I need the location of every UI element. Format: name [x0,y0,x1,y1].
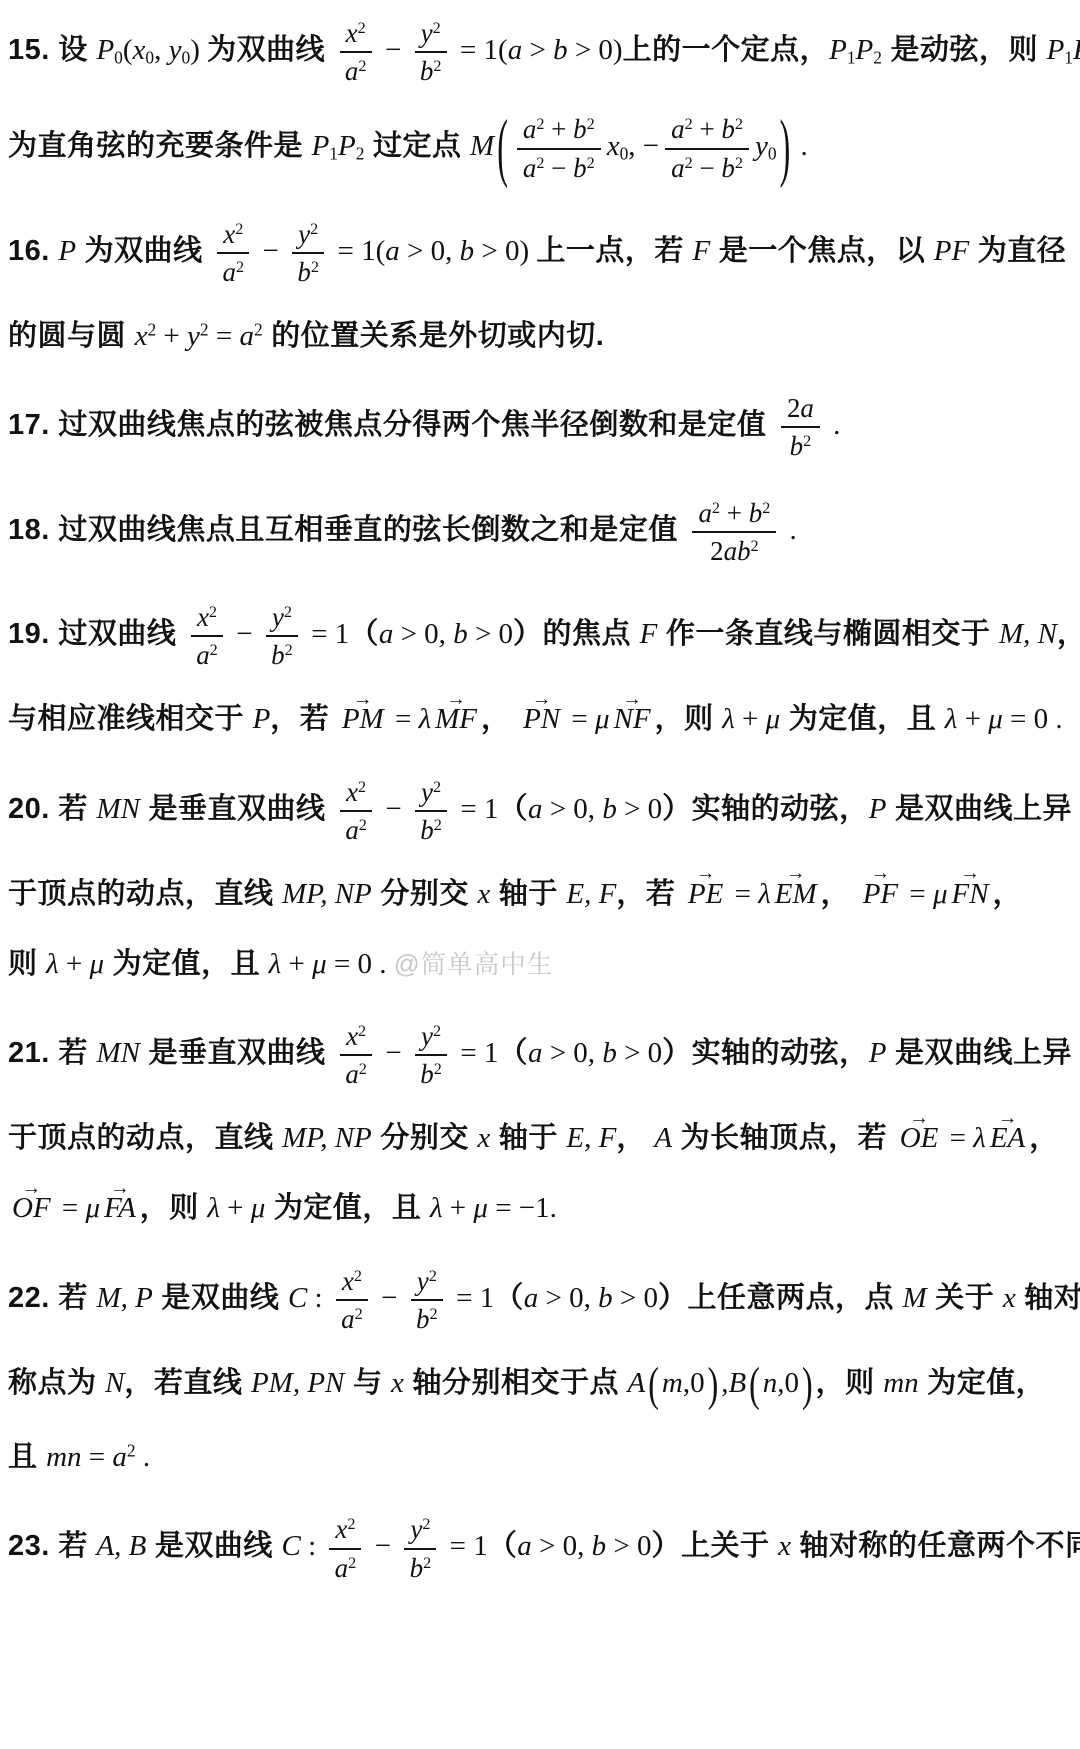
text-run: 是双曲线 [153,1281,288,1313]
math-fraction: x2a2 [340,18,372,86]
math-operator: + [693,114,722,144]
text-line: 18. 过双曲线焦点且互相垂直的弦长倒数之和是定值 a2 + b22ab2 . [8,486,1076,566]
math-variable: mn [883,1367,918,1399]
math-variable: b [598,1281,613,1313]
fraction-numerator: y2 [404,1514,436,1549]
text-run: 于顶点的动点，直线 [8,878,282,910]
math-variable: b [420,1059,433,1089]
text-run: 23. 若 [8,1530,96,1562]
vector-with-arrow: PF [863,873,898,915]
text-line: 23. 若 A, B 是双曲线 C : x2a2 − y2b2 = 1（a > … [8,1502,1076,1582]
fraction-denominator: b2 [420,53,442,86]
superscript: 2 [735,155,743,172]
text-run: 18. 过双曲线焦点且互相垂直的弦长倒数之和是定值 [8,514,686,546]
math-variable: N [105,1367,124,1399]
fraction-numerator: x2 [217,219,249,254]
math-operator: + [957,703,988,735]
math-operator: − [374,1281,405,1313]
math-variable: b [460,235,475,267]
fraction-denominator: a2 [196,637,218,670]
math-operator: > 0 [613,1281,658,1313]
math-operator: − [693,153,722,183]
math-operator: = 0 . [327,948,394,980]
math-variable: b [721,153,734,183]
math-operator: = 1 [449,1281,494,1313]
text-run: ，则 [816,1367,884,1399]
math-variable: μ [86,1192,101,1224]
math-variable: M [470,130,494,162]
vector-with-arrow: NF [614,698,651,740]
superscript: 2 [712,500,720,517]
math-variable: a [671,153,684,183]
fraction-denominator: b2 [297,254,319,287]
fraction-denominator: a2 [345,1056,367,1089]
text-run: 轴对 [1016,1281,1080,1313]
fraction-denominator: a2 [345,53,367,86]
math-variable: a [239,320,254,352]
text-run: 为长轴顶点，若 [672,1122,896,1154]
superscript: 2 [803,434,811,451]
problem-list: 15. 设 P0(x0, y0) 为双曲线 x2a2 − y2b2 = 1(a … [8,6,1076,1583]
superscript: 2 [434,1061,442,1078]
math-variable: x [135,320,148,352]
math-variable: b [790,431,803,461]
math-variable: MN [96,792,140,824]
math-operator: ( [123,34,133,66]
text-run: 上一点，若 [536,235,692,267]
math-variable: a [523,114,536,144]
superscript: 2 [348,1555,356,1572]
vector-with-arrow: EM [775,873,817,915]
fraction-numerator: y2 [292,219,324,254]
math-operator: 2 [710,536,723,566]
fraction-denominator: a2 − b2 [671,150,743,183]
math-operator: , − [628,130,659,162]
subscript: 1 [847,48,856,68]
math-variable: ab [724,536,751,566]
vector-with-arrow: OF [12,1187,51,1229]
math-variable: b [602,1037,617,1069]
math-operator: = 1 [453,792,498,824]
math-operator: > 0, [400,235,460,267]
math-operator: = [209,320,240,352]
math-variable: a [341,1304,354,1334]
math-fraction: x2a2 [329,1514,361,1582]
text-line: 称点为 N，若直线 PM, PN 与 x 轴分别相交于点 A(m,0),B(n,… [8,1350,1076,1408]
problem-item-17: 17. 过双曲线焦点的弦被焦点分得两个焦半径倒数和是定值 2ab2 . [8,381,1076,461]
text-line: 19. 过双曲线 x2a2 − y2b2 = 1（a > 0, b > 0）的焦… [8,590,1076,670]
math-variable: b [553,34,568,66]
superscript: 2 [147,320,156,340]
vector-with-arrow: FA [104,1187,136,1229]
math-variable: x [1003,1281,1016,1313]
text-run: 轴于 [490,878,566,910]
math-variable: P [253,703,271,735]
math-operator: : [301,1530,324,1562]
text-run: 作一条直线与椭圆相交于 [657,618,999,650]
subscript: 0 [145,48,154,68]
text-run: （ [498,1037,528,1069]
math-variable: μ [766,703,781,735]
math-variable: M, P [96,1281,152,1313]
math-variable: n [763,1367,778,1399]
math-variable: μ [251,1192,266,1224]
math-variable: x [223,219,235,249]
fraction-denominator: a2 − b2 [523,150,595,183]
math-variable: λ [430,1192,443,1224]
text-run: ，若 [270,703,338,735]
text-run: 轴于 [490,1122,566,1154]
math-operator: = [82,1441,113,1473]
document-page: 15. 设 P0(x0, y0) 为双曲线 x2a2 − y2b2 = 1(a … [0,0,1080,1583]
fraction-numerator: y2 [415,18,447,53]
math-variable: b [420,56,433,86]
text-run: 的位置关系是外切或内切. [263,320,605,352]
superscript: 2 [433,779,441,796]
math-variable: E, F [566,1122,616,1154]
math-operator: + [281,948,312,980]
math-operator: > 0, [393,618,453,650]
subscript: 1 [329,144,338,164]
math-variable: y [417,1266,429,1296]
text-run: （ [498,792,528,824]
big-parenthesis: ) [802,1351,813,1420]
math-variable: A [628,1367,646,1399]
superscript: 2 [358,20,366,37]
math-operator: > 0 [468,618,513,650]
text-run: 与相应准线相交于 [8,703,253,735]
fraction-numerator: x2 [336,1266,368,1301]
fraction-numerator: x2 [191,602,223,637]
math-variable: λ [758,878,771,910]
text-run: 为定值，且 [780,703,945,735]
superscript: 2 [423,1555,431,1572]
math-variable: P [869,1037,887,1069]
math-operator: − [378,34,409,66]
text-run: 为直径 [969,235,1066,267]
math-operator: + [720,498,749,528]
text-line: 于顶点的动点，直线 MP, NP 分别交 x 轴于 E, F，若 PE = λE… [8,861,1076,915]
math-operator: . [782,514,797,546]
superscript: 2 [762,500,770,517]
math-variable: b [410,1553,423,1583]
math-variable: a [800,393,813,423]
subscript: 2 [873,48,882,68]
fraction-denominator: b2 [416,1301,438,1334]
math-fraction: x2a2 [217,219,249,287]
problem-item-23: 23. 若 A, B 是双曲线 C : x2a2 − y2b2 = 1（a > … [8,1502,1076,1582]
superscript: 2 [127,1441,136,1461]
math-variable: λ [419,703,432,735]
text-run: ， [481,703,519,735]
math-fraction: a2 + b22ab2 [692,498,776,566]
superscript: 2 [358,779,366,796]
text-run: 的圆与圆 [8,320,135,352]
math-fraction: x2a2 [340,1021,372,1089]
math-operator: . [826,409,841,441]
superscript: 2 [429,1268,437,1285]
text-line: 于顶点的动点，直线 MP, NP 分别交 x 轴于 E, F， A 为长轴顶点，… [8,1105,1076,1159]
math-operator: + [735,703,766,735]
math-variable: y [187,320,200,352]
math-variable: y [272,602,284,632]
text-run: ）的焦点 [513,618,640,650]
superscript: 2 [235,221,243,238]
subscript: 0 [620,144,629,164]
math-operator: + [59,948,90,980]
fraction-numerator: 2a [781,393,820,428]
math-variable: E, F [566,878,616,910]
math-operator: > 0 [617,792,662,824]
fraction-numerator: y2 [415,1021,447,1056]
text-run: 轴对称的任意两个不同 [791,1530,1080,1562]
math-operator: . [793,130,808,162]
math-variable: x [778,1530,791,1562]
superscript: 2 [200,320,209,340]
superscript: 2 [587,155,595,172]
text-run: 是垂直双曲线 [140,1037,334,1069]
math-operator: = [942,1122,973,1154]
text-line: 的圆与圆 x2 + y2 = a2 的位置关系是外切或内切. [8,303,1076,357]
math-variable: x [477,878,490,910]
math-variable: μ [473,1192,488,1224]
math-variable: F [640,618,658,650]
math-variable: b [573,114,586,144]
math-variable: b [420,815,433,845]
math-variable: y [421,777,433,807]
math-variable: B [728,1367,746,1399]
problem-item-18: 18. 过双曲线焦点且互相垂直的弦长倒数之和是定值 a2 + b22ab2 . [8,486,1076,566]
big-parenthesis: ( [497,93,508,204]
text-run: （ [494,1281,524,1313]
math-fraction: x2a2 [336,1266,368,1334]
text-run: ，若直线 [124,1367,251,1399]
math-variable: P [1073,34,1080,66]
big-parenthesis: ) [780,93,791,204]
math-fraction: 2ab2 [781,393,820,461]
text-run: ，则 [140,1192,208,1224]
math-variable: a [528,1037,543,1069]
text-run: 是动弦，则 [882,34,1047,66]
math-variable: λ [46,948,59,980]
text-run: 是双曲线上异 [886,792,1072,824]
math-operator: > 0) [474,235,536,267]
math-variable: x [346,18,358,48]
math-variable: b [592,1530,607,1562]
superscript: 2 [433,58,441,75]
big-parenthesis: ( [749,1351,760,1420]
math-variable: a [345,815,358,845]
text-run: 为定值，且 [265,1192,430,1224]
superscript: 2 [685,117,693,134]
text-run: 且 [8,1441,46,1473]
text-run: ）实轴的动弦， [662,792,869,824]
text-run: 是一个焦点，以 [710,235,934,267]
text-run: ， [1029,1122,1059,1154]
math-variable: M [903,1281,927,1313]
text-run: 19. 过双曲线 [8,618,185,650]
math-operator: − [367,1530,398,1562]
fraction-denominator: b2 [790,428,812,461]
math-variable: P [338,130,356,162]
math-operator: − [229,618,260,650]
math-operator: = 0 . [1003,703,1063,735]
math-operator: ,0 [777,1367,799,1399]
problem-item-15: 15. 设 P0(x0, y0) 为双曲线 x2a2 − y2b2 = 1(a … [8,6,1076,183]
math-variable: a [379,618,394,650]
math-variable: x [342,1266,354,1296]
math-operator: + [220,1192,251,1224]
vector-with-arrow: PM [342,698,384,740]
text-run: 上的一个定点， [623,34,830,66]
math-operator: − [255,235,286,267]
math-variable: x [346,777,358,807]
math-operator: = [55,1192,86,1224]
math-variable: P [856,34,874,66]
fraction-denominator: b2 [420,812,442,845]
math-variable: λ [722,703,735,735]
math-variable: x [477,1122,490,1154]
text-run: 为双曲线 [76,235,211,267]
text-line: 21. 若 MN 是垂直双曲线 x2a2 − y2b2 = 1（a > 0, b… [8,1009,1076,1089]
math-variable: a [528,792,543,824]
math-variable: μ [933,878,948,910]
superscript: 2 [751,538,759,555]
math-variable: P [96,34,114,66]
math-fraction: y2b2 [292,219,324,287]
text-run: ）实轴的动弦， [662,1037,869,1069]
superscript: 2 [434,817,442,834]
vector-with-arrow: MF [435,698,477,740]
math-operator: = 1( [330,235,385,267]
text-run: 分别交 [372,878,478,910]
superscript: 2 [284,604,292,621]
math-operator: − [378,1037,409,1069]
math-variable: a [335,1553,348,1583]
subscript: 0 [181,48,190,68]
text-run: 是双曲线 [146,1530,281,1562]
text-line: 且 mn = a2 . [8,1424,1076,1478]
fraction-numerator: x2 [340,1021,372,1056]
watermark-text: @简单高中生 [394,951,553,979]
text-run: 为双曲线 [207,34,334,66]
math-operator: > 0, [538,1281,598,1313]
text-run: ， [993,878,1023,910]
superscript: 2 [311,259,319,276]
superscript: 2 [354,1268,362,1285]
superscript: 2 [355,1306,363,1323]
superscript: 2 [422,1517,430,1534]
math-operator: = 1 [442,1530,487,1562]
math-operator: = 1 [304,618,349,650]
math-variable: x [391,1367,404,1399]
fraction-numerator: a2 + b2 [665,114,749,149]
text-run: 关于 [927,1281,1003,1313]
problem-item-20: 20. 若 MN 是垂直双曲线 x2a2 − y2b2 = 1（a > 0, b… [8,765,1076,986]
problem-item-21: 21. 若 MN 是垂直双曲线 x2a2 − y2b2 = 1（a > 0, b… [8,1009,1076,1230]
math-variable: b [297,257,310,287]
math-operator: > [522,34,553,66]
math-operator: > 0, [542,1037,602,1069]
math-operator: ,0 [683,1367,705,1399]
math-variable: y [169,34,182,66]
math-variable: P [58,235,76,267]
fraction-denominator: a2 [341,1301,363,1334]
text-line: OF = μFA，则 λ + μ 为定值，且 λ + μ = −1. [8,1175,1076,1229]
math-variable: b [721,114,734,144]
superscript: 2 [359,1061,367,1078]
math-operator: ) [190,34,207,66]
math-variable: μ [988,703,1003,735]
math-variable: P [829,34,847,66]
math-operator: + [156,320,187,352]
vector-with-arrow: PN [523,698,560,740]
text-run: 是双曲线上异 [886,1037,1072,1069]
math-variable: b [453,618,468,650]
text-run: 轴分别相交于点 [404,1367,628,1399]
math-variable: y [421,18,433,48]
text-run: 20. 若 [8,792,96,824]
math-fraction: y2b2 [411,1266,443,1334]
math-variable: P [869,792,887,824]
text-run: ，若 [616,878,684,910]
text-run: ，则 [655,703,723,735]
math-operator: = 1 [453,1037,498,1069]
math-operator: = [564,703,595,735]
fraction-denominator: b2 [410,1550,432,1583]
math-operator: , [154,34,169,66]
text-line: 则 λ + μ 为定值，且 λ + μ = 0 . @简单高中生 [8,931,1076,985]
vector-with-arrow: PE [688,873,723,915]
fraction-numerator: x2 [329,1514,361,1549]
math-variable: a [196,640,209,670]
math-operator: − [378,792,409,824]
math-variable: MP, NP [282,1122,372,1154]
math-operator: . [136,1441,151,1473]
text-run: 21. 若 [8,1037,96,1069]
math-operator: + [544,114,573,144]
math-variable: PM, PN [251,1367,344,1399]
subscript: 1 [1064,48,1073,68]
math-variable: λ [269,948,282,980]
fraction-numerator: a2 + b2 [517,114,601,149]
problem-item-16: 16. P 为双曲线 x2a2 − y2b2 = 1(a > 0, b > 0)… [8,207,1076,357]
superscript: 2 [254,320,263,340]
math-variable: a [385,235,400,267]
superscript: 2 [210,642,218,659]
vector-with-arrow: OE [900,1117,939,1159]
math-variable: b [271,640,284,670]
math-variable: MN [96,1037,140,1069]
math-variable: a [222,257,235,287]
superscript: 2 [209,604,217,621]
superscript: 2 [285,642,293,659]
math-fraction: y2b2 [415,1021,447,1089]
fraction-numerator: x2 [340,777,372,812]
math-variable: a [524,1281,539,1313]
math-operator: > 0) [568,34,623,66]
math-operator: > 0 [617,1037,662,1069]
math-variable: a [345,56,358,86]
text-run: ）上关于 [652,1530,779,1562]
math-fraction: x2a2 [340,777,372,845]
text-line: 与相应准线相交于 P，若 PM = λMF， PN = μNF，则 λ + μ … [8,686,1076,740]
fraction-denominator: b2 [420,1056,442,1089]
math-fraction: a2 + b2a2 − b2 [665,114,749,182]
math-variable: x [346,1021,358,1051]
math-variable: y [410,1514,422,1544]
text-line: 22. 若 M, P 是双曲线 C : x2a2 − y2b2 = 1（a > … [8,1254,1076,1334]
